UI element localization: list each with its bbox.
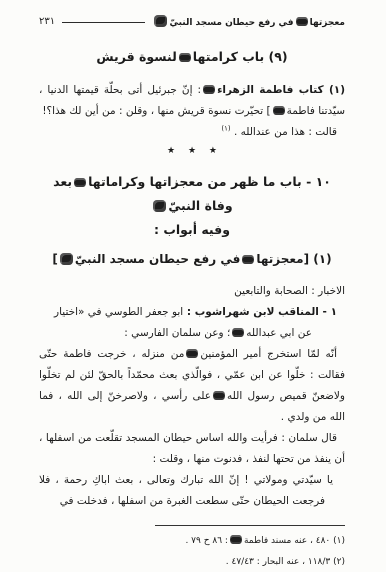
- body-line: ١ - المناقب لابن شهراشوب : ابو جعفر الطو…: [39, 302, 345, 323]
- honorific-seal-icon: [232, 328, 244, 337]
- heading-text: في رفع حيطان مسجد النبيّ: [75, 252, 240, 266]
- source-title-text: (١) كتاب فاطمة الزهراء: [217, 84, 345, 96]
- body-line: الله من ولدي .: [39, 407, 345, 428]
- prophet-honorific-seal-icon: [60, 253, 73, 265]
- body-line-text: سيّدتنا فاطمة: [287, 105, 345, 117]
- running-title-text: في رفع حيطان مسجد النبيّ: [169, 18, 293, 28]
- body-line: الاخبار : الصحابة والتابعين: [39, 281, 345, 302]
- heading-text: (٩) باب كرامتها: [193, 49, 288, 64]
- heading-text: ١٠ - باب ما ظهر من معجزاتها وكراماتها: [88, 174, 331, 189]
- honorific-seal-icon: [213, 391, 225, 400]
- body-line: فرجعت الحيطان حتّى سطعت الغبرة من اسفلها…: [39, 491, 345, 512]
- section9-paragraph: (١) كتاب فاطمة الزهراء: إنّ جبرئيل أتى ب…: [39, 80, 345, 142]
- footnote-text: (١) ٤٨٠ ، عنه مسند فاطمة: [244, 536, 345, 546]
- body-line: (١) كتاب فاطمة الزهراء: إنّ جبرئيل أتى ب…: [39, 80, 345, 101]
- heading-line: ١٠ - باب ما ظهر من معجزاتها وكراماتهابعد…: [39, 170, 345, 218]
- section10-heading: ١٠ - باب ما ظهر من معجزاتها وكراماتهابعد…: [39, 170, 345, 242]
- body-line-text: قالت : هذا من عندالله .: [234, 126, 337, 138]
- footnote-separator: [155, 525, 345, 526]
- header-rule: [62, 22, 145, 23]
- body-line-text: ولاضعنّ قميص رسول الله: [227, 390, 345, 402]
- page-header: معجزتهافي رفع حيطان مسجد النبيّ ٢٣١: [39, 14, 345, 28]
- page-number: ٢٣١: [39, 16, 55, 27]
- heading-line: وفيه أبواب :: [39, 218, 345, 242]
- footnote: (٢) ١١٨/٣ ، عنه البحار : ٤٧/٤٣ .: [39, 552, 345, 572]
- footnote: (١) ٤٨٠ ، عنه مسند فاطمة: ٨٦ ح ٧٩ .: [39, 531, 345, 552]
- body-line: فقالت : خلّوا عن ابن عمّي ، فوالّذي بعث …: [39, 365, 345, 386]
- body-line: قال سلمان : فرأيت والله اساس حيطان المسج…: [39, 428, 345, 449]
- footnote-text: : ٨٦ ح ٧٩ .: [185, 536, 228, 546]
- running-title: معجزتهافي رفع حيطان مسجد النبيّ: [152, 15, 345, 28]
- footnotes: (١) ٤٨٠ ، عنه مسند فاطمة: ٨٦ ح ٧٩ . (٢) …: [39, 531, 345, 572]
- body-line: يا سيّدتي ومولاتي ! إنّ الله تبارك وتعال…: [39, 470, 345, 491]
- body-line: أنّه لمّا استخرج أمير المؤمنينمن منزله ،…: [39, 344, 345, 365]
- honorific-seal-icon: [186, 349, 198, 358]
- body-line: سيّدتنا فاطمة] تحيّرت نسوة قريش منها ، و…: [39, 101, 345, 122]
- body-line: عن ابي عبدالله؛ وعن سلمان الفارسي :: [39, 323, 345, 344]
- source-title-text: ١ - المناقب لابن شهراشوب :: [183, 306, 337, 318]
- body-line-text: عن ابي عبدالله: [246, 327, 312, 339]
- body-line: أن ينفذ من تحتها لنفذ ، فدنوت منها ، وقل…: [39, 449, 345, 470]
- section9-heading: (٩) باب كرامتهالنسوة قريش: [39, 49, 345, 65]
- honorific-seal-icon: [203, 85, 215, 94]
- heading-text: ]: [52, 252, 57, 266]
- body-line: ولاضعنّ قميص رسول اللهعلى رأسي ، ولاصرخن…: [39, 386, 345, 407]
- prophet-honorific-seal-icon: [154, 15, 167, 27]
- honorific-seal-icon: [179, 53, 191, 62]
- body-line: قالت : هذا من عندالله . (١): [39, 122, 345, 143]
- prophet-honorific-seal-icon: [153, 200, 166, 212]
- body-line-text: فرجعت الحيطان حتّى سطعت الغبرة من اسفلها…: [60, 495, 325, 512]
- honorific-seal-icon: [296, 17, 308, 26]
- body-line-text: ؛ وعن سلمان الفارسي :: [124, 327, 230, 339]
- honorific-seal-icon: [273, 106, 285, 115]
- page-content: معجزتهافي رفع حيطان مسجد النبيّ ٢٣١ (٩) …: [39, 14, 345, 572]
- footnote-ref: (١): [221, 124, 230, 132]
- honorific-seal-icon: [242, 255, 254, 264]
- body-line-text: أنّه لمّا استخرج أمير المؤمنين: [200, 348, 337, 360]
- honorific-seal-icon: [74, 178, 86, 187]
- stars-divider: ★ ★ ★: [39, 145, 345, 157]
- heading-text: (١) [معجزتها: [256, 252, 331, 266]
- book-page-scan: { "colors": { "ink": "#1b1b1b", "paper":…: [0, 0, 386, 572]
- heading-text: لنسوة قريش: [96, 49, 176, 64]
- section10-body: الاخبار : الصحابة والتابعين ١ - المناقب …: [39, 281, 345, 512]
- honorific-seal-icon: [230, 535, 242, 544]
- subsection-heading: (١) [معجزتهافي رفع حيطان مسجد النبيّ]: [39, 249, 345, 269]
- running-title-text: معجزتها: [310, 18, 345, 28]
- body-line-text: ] تحيّرت نسوة قريش منها ، وقلن : من أين …: [42, 105, 270, 117]
